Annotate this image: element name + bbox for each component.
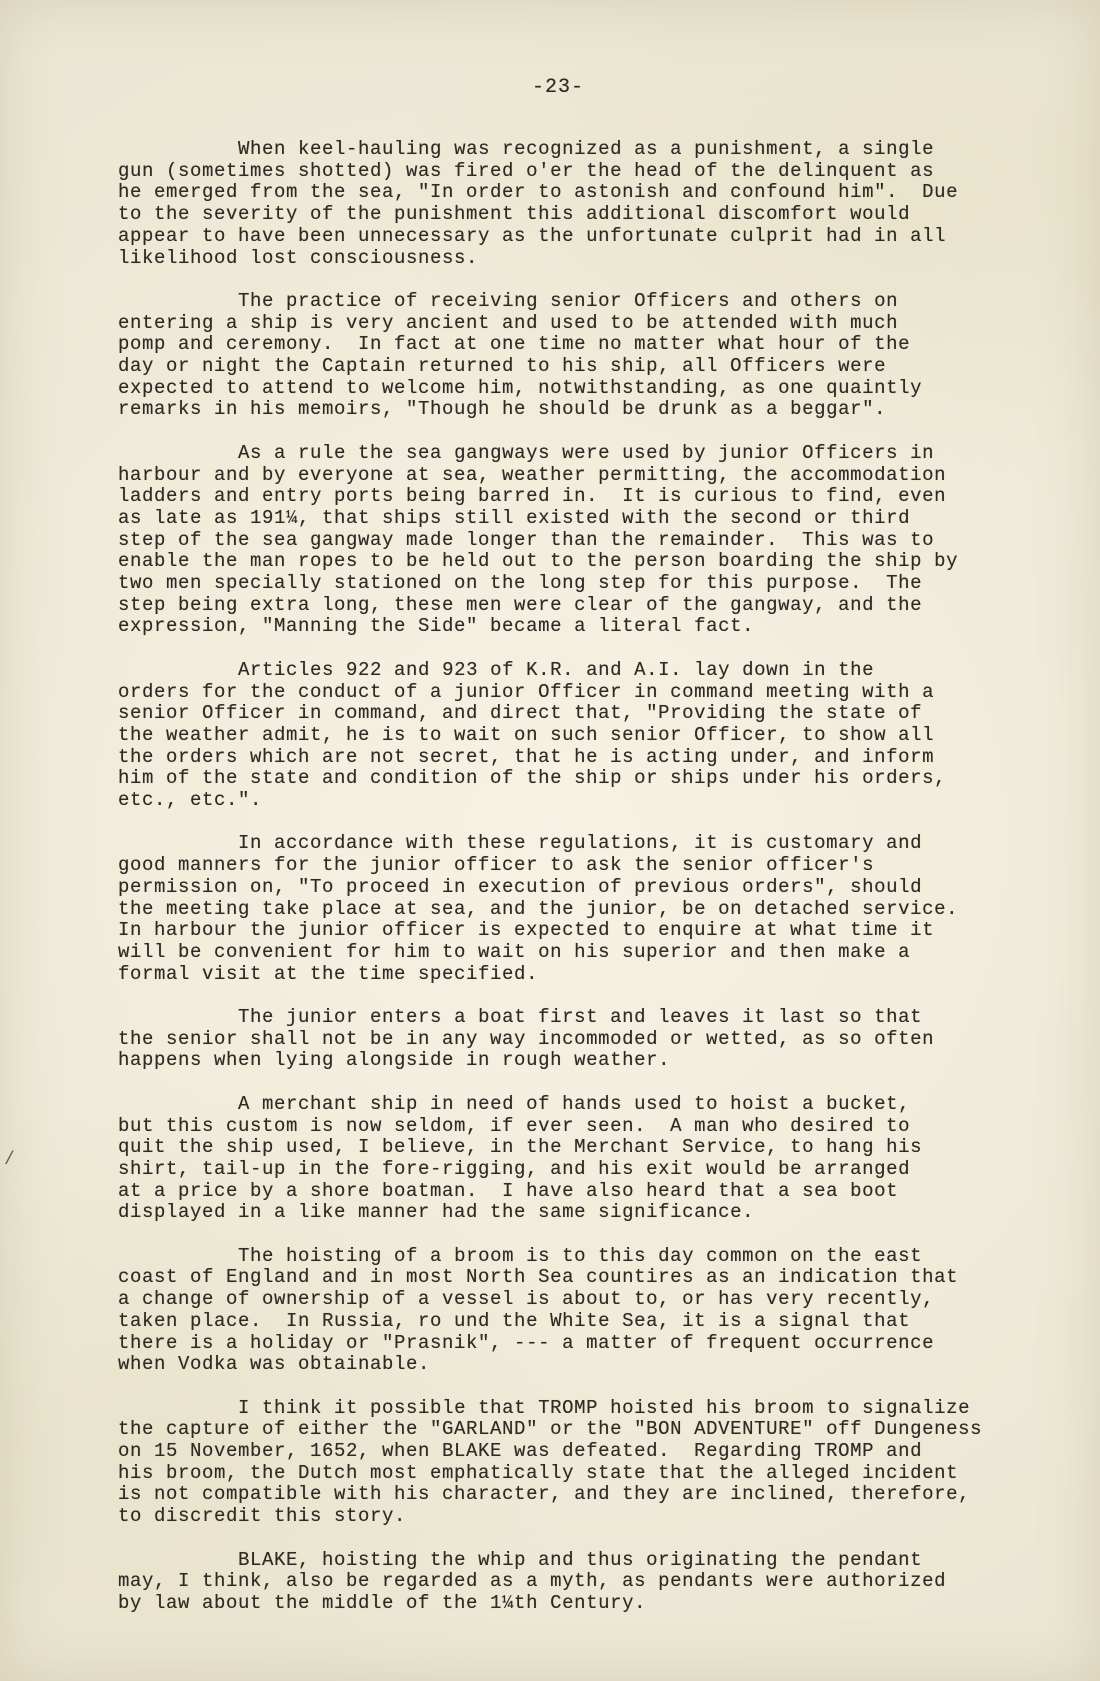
stray-mark: / (4, 1150, 15, 1170)
page-content: -23- When keel-hauling was recognized as… (118, 76, 998, 1636)
paragraph-merchant-ship-bucket: A merchant ship in need of hands used to… (118, 1094, 998, 1224)
paragraph-receiving-officers: The practice of receiving senior Officer… (118, 291, 998, 421)
paragraph-tromp-broom: I think it possible that TROMP hoisted h… (118, 1398, 998, 1528)
paragraph-blake-whip: BLAKE, hoisting the whip and thus origin… (118, 1550, 998, 1615)
paragraph-articles-922-923: Articles 922 and 923 of K.R. and A.I. la… (118, 660, 998, 812)
paragraph-regulations-customs: In accordance with these regulations, it… (118, 833, 998, 985)
paragraph-junior-boat: The junior enters a boat first and leave… (118, 1007, 998, 1072)
paragraph-sea-gangways: As a rule the sea gangways were used by … (118, 443, 998, 638)
paragraph-keel-hauling: When keel-hauling was recognized as a pu… (118, 139, 998, 269)
document-page: / -23- When keel-hauling was recognized … (0, 0, 1100, 1681)
paragraph-hoisting-broom: The hoisting of a broom is to this day c… (118, 1246, 998, 1376)
page-number: -23- (118, 76, 998, 99)
